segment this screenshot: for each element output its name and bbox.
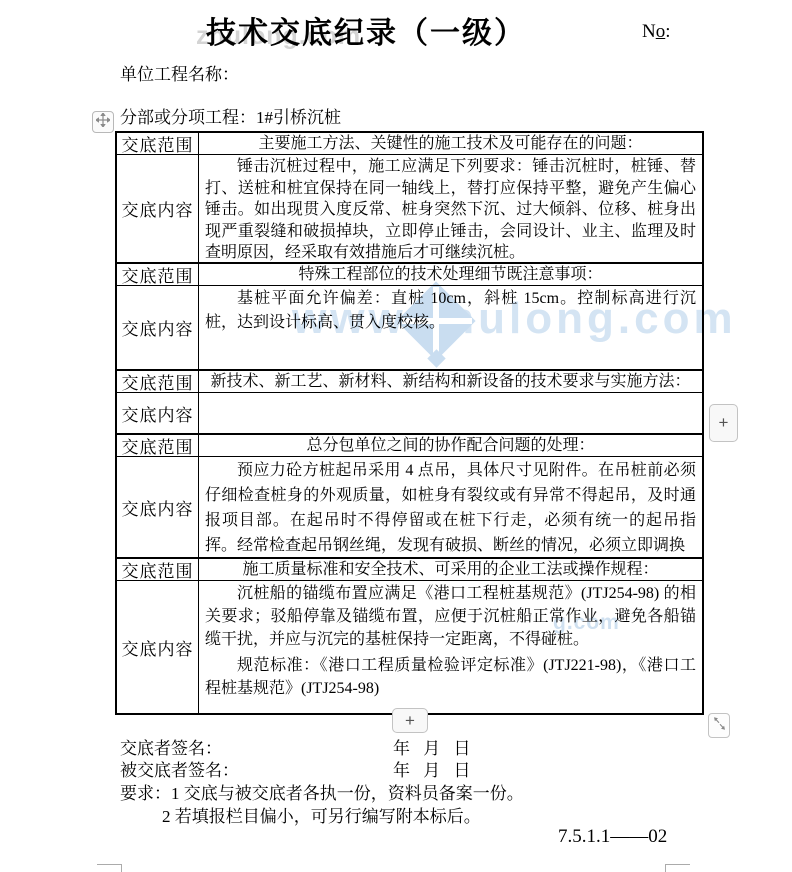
scope-text: 新技术、新工艺、新材料、新结构和新设备的技术要求与实施方法： xyxy=(199,371,702,392)
table-row-scope-2: 交底范围 特殊工程部位的技术处理细节既注意事项： xyxy=(117,262,702,285)
briefee-date-placeholder: 年 月 日 xyxy=(393,756,471,781)
table-row-content-5: 交底内容 沉桩船的锚缆布置应满足《港口工程桩基规范》(JTJ254-98) 的相… xyxy=(117,580,702,713)
content-paragraph: 沉桩船的锚缆布置应满足《港口工程桩基规范》(JTJ254-98) 的相关要求；驳… xyxy=(205,582,696,651)
scope-text: 特殊工程部位的技术处理细节既注意事项： xyxy=(199,264,702,285)
scope-label: 交底范围 xyxy=(117,133,199,154)
scope-text: 施工质量标准和安全技术、可采用的企业工法或操作规程： xyxy=(199,559,702,580)
content-text-empty xyxy=(199,393,702,433)
content-label: 交底内容 xyxy=(117,457,199,557)
no-letter-n: N xyxy=(642,21,656,42)
scope-label: 交底范围 xyxy=(117,435,199,456)
content-label: 交底内容 xyxy=(117,155,199,262)
unit-project-name-label: 单位工程名称： xyxy=(120,60,239,85)
requirements-line-2: 2 若填报栏目偏小，可另行编写附本标后。 xyxy=(162,802,481,827)
add-row-button[interactable]: + xyxy=(392,708,428,733)
disclosure-table: 交底范围 主要施工方法、关键性的施工技术及可能存在的问题： 交底内容 锤击沉桩过… xyxy=(115,131,704,715)
add-column-button[interactable]: + xyxy=(709,404,738,442)
scope-label: 交底范围 xyxy=(117,371,199,392)
requirements-line-1: 要求：1 交底与被交底者各执一份，资料员备案一份。 xyxy=(120,779,524,804)
content-text: 预应力砼方桩起吊采用 4 点吊，具体尺寸见附件。在吊桩前必须仔细检查桩身的外观质… xyxy=(199,457,702,557)
content-paragraph: 规范标准：《港口工程质量检验评定标准》(JTJ221-98)，《港口工程桩基规范… xyxy=(205,654,696,700)
content-paragraph: 预应力砼方桩起吊采用 4 点吊，具体尺寸见附件。在吊桩前必须仔细检查桩身的外观质… xyxy=(205,458,696,557)
sub-project-label: 分部或分项工程： xyxy=(120,108,256,127)
table-row-content-1: 交底内容 锤击沉桩过程中，施工应满足下列要求：锤击沉桩时，桩锤、替打、送桩和桩宜… xyxy=(117,154,702,262)
sub-project-line: 分部或分项工程：1#引桥沉桩 xyxy=(120,103,341,128)
table-row-scope-5: 交底范围 施工质量标准和安全技术、可采用的企业工法或操作规程： xyxy=(117,557,702,580)
no-colon: : xyxy=(665,21,670,42)
page-margin-corner-right xyxy=(665,864,690,872)
briefee-signature-label: 被交底者签名： xyxy=(120,756,239,781)
table-row-scope-4: 交底范围 总分包单位之间的协作配合问题的处理： xyxy=(117,433,702,456)
move-arrows-icon xyxy=(96,113,110,132)
content-text: 沉桩船的锚缆布置应满足《港口工程桩基规范》(JTJ254-98) 的相关要求；驳… xyxy=(199,581,702,713)
table-row-content-4: 交底内容 预应力砼方桩起吊采用 4 点吊，具体尺寸见附件。在吊桩前必须仔细检查桩… xyxy=(117,456,702,557)
scope-text: 总分包单位之间的协作配合问题的处理： xyxy=(199,435,702,456)
no-letter-o: o xyxy=(656,21,666,42)
content-paragraph: 锤击沉桩过程中，施工应满足下列要求：锤击沉桩时，桩锤、替打、送桩和桩宜保持在同一… xyxy=(205,156,696,262)
sub-project-value: 1#引桥沉桩 xyxy=(256,108,341,127)
table-row-content-3: 交底内容 xyxy=(117,392,702,433)
scope-label: 交底范围 xyxy=(117,264,199,285)
page-title: 技术交底纪录（一级） xyxy=(0,8,732,52)
table-row-content-2: 交底内容 基桩平面允许偏差：直桩 10cm，斜桩 15cm。控制标高进行沉桩，达… xyxy=(117,285,702,369)
page-margin-corner-left xyxy=(97,864,122,872)
content-text: 基桩平面允许偏差：直桩 10cm，斜桩 15cm。控制标高进行沉桩，达到设计标高… xyxy=(199,286,702,369)
content-label: 交底内容 xyxy=(117,286,199,369)
content-paragraph: 基桩平面允许偏差：直桩 10cm，斜桩 15cm。控制标高进行沉桩，达到设计标高… xyxy=(205,287,696,335)
table-resize-handle[interactable] xyxy=(708,713,730,738)
content-label: 交底内容 xyxy=(117,393,199,433)
content-text: 锤击沉桩过程中，施工应满足下列要求：锤击沉桩时，桩锤、替打、送桩和桩宜保持在同一… xyxy=(199,155,702,262)
content-label: 交底内容 xyxy=(117,581,199,713)
table-move-handle[interactable] xyxy=(92,111,114,133)
table-row-scope-3: 交底范围 新技术、新工艺、新材料、新结构和新设备的技术要求与实施方法： xyxy=(117,369,702,392)
document-code: 7.5.1.1——02 xyxy=(558,826,667,848)
scope-label: 交底范围 xyxy=(117,559,199,580)
document-page: zhulong.com www.zhulong.com g.com 技术交底纪录… xyxy=(0,0,792,872)
table-row-scope-1: 交底范围 主要施工方法、关键性的施工技术及可能存在的问题： xyxy=(117,133,702,154)
scope-text: 主要施工方法、关键性的施工技术及可能存在的问题： xyxy=(199,133,702,154)
diagonal-resize-icon xyxy=(713,716,726,736)
doc-number-label: No: xyxy=(642,21,671,43)
